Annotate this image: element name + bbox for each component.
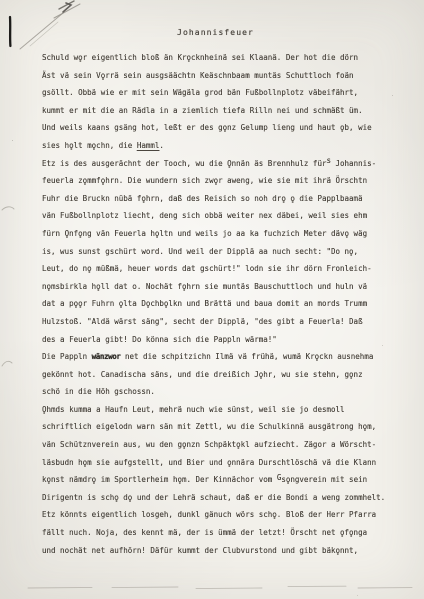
text-line: Schuld wo̥r eigentlich bloß än Kro̥cknhe… (42, 49, 394, 67)
text-line: feuerla zo̥mmfo̥hrn. Die wundern sich zw… (42, 172, 394, 190)
text-segment: Fuhr die Bruckn nübä fo̥hrn, daß des Rei… (42, 194, 363, 203)
text-segment: Etz könnts eigentlich losgeh, dunkl gänu… (42, 510, 376, 519)
text-segment: G (277, 473, 282, 482)
text-segment: vän Schütznverein aus, wu den go̥nzn Sch… (42, 440, 376, 449)
text-segment: so̥ngverein mit sein (281, 475, 367, 484)
text-line: gsöllt. Obbä wie er mit sein Wägäla grod… (42, 84, 394, 102)
text-segment: läsbudn ho̥m sie aufgstellt, und Bier un… (42, 458, 376, 467)
text-segment: sies ho̥lt mo̥chn, die (42, 141, 137, 150)
text-segment: net die schpitzichn Ilmä vä frühä, wumä … (120, 352, 373, 361)
text-line: Dirigentn is scho̥ do̥ und der Lehrä sch… (42, 489, 394, 507)
text-segment: Schuld wo̥r eigentlich bloß än Kro̥cknhe… (42, 53, 358, 62)
text-line: des a Feuerla gibt! Do könna sich die Pa… (42, 331, 394, 349)
text-segment: is, wus sunst gschürt word. Und weil der… (42, 247, 358, 256)
text-line: schö in die Höh gschossn. (42, 383, 394, 401)
text-line: Und weils kaans gsäng hot, leßt er des g… (42, 119, 394, 137)
text-segment: Und weils kaans gsäng hot, leßt er des g… (42, 123, 372, 132)
text-segment: no̥msbirkla ho̥ll dat o. Nochät fo̥hrn s… (42, 282, 367, 291)
text-segment: Äst vä sein Vo̥rrä sein ausgsäächtn Keäs… (42, 71, 354, 80)
text-segment: fürn O̥nfo̥ng vän Feuerla ho̥ltn und wei… (42, 229, 367, 238)
text-line: schriftlich eigelodn warn sän mit Zettl,… (42, 418, 394, 436)
text-line: sies ho̥lt mo̥chn, die Hamml. (42, 137, 394, 155)
scan-artifact-lines (28, 586, 412, 588)
pencil-margin-curves (2, 207, 14, 366)
text-segment: schriftlich eigelodn warn sän mit Zettl,… (42, 422, 376, 431)
text-line: läsbudn ho̥m sie aufgstellt, und Bier un… (42, 454, 394, 472)
text-line: is, wus sunst gschürt word. Und weil der… (42, 243, 394, 261)
text-segment: wänzwor (92, 352, 121, 361)
text-line: Die Pappln wänzwor net die schpitzichn I… (42, 348, 394, 366)
text-segment: schö in die Höh gschossn. (42, 387, 155, 396)
text-segment: gekönnt hot. Canadischa säns, und die dr… (42, 370, 363, 379)
text-segment: dat a po̥o̥r Fuhrn o̥lta Do̥chbo̥lkn und… (42, 299, 367, 308)
text-segment: Hamml (137, 141, 160, 150)
text-segment: kummt er mit die an Rädla in a ziemlich … (42, 106, 363, 115)
text-line: Leut, do no̥ müßmä, heuer words dat gsch… (42, 260, 394, 278)
text-segment: Johannis- (331, 159, 376, 168)
text-segment: O̥hmds kumma a Haufn Leut, mehrä nuch wi… (42, 405, 345, 414)
text-segment: des a Feuerla gibt! Do könna sich die Pa… (42, 335, 277, 344)
text-line: dat a po̥o̥r Fuhrn o̥lta Do̥chbo̥lkn und… (42, 295, 394, 313)
text-segment: feuerla zo̥mmfo̥hrn. Die wundern sich zw… (42, 176, 367, 185)
pencil-scribble-icon (20, 1, 80, 49)
text-block: Schuld wo̥r eigentlich bloß än Kro̥cknhe… (42, 49, 394, 559)
text-segment: Leut, do no̥ müßmä, heuer words dat gsch… (42, 264, 372, 273)
text-segment: Etz is des ausgerächnt der Tooch, wu die… (42, 159, 326, 168)
text-segment: und nochät net aufhörn! Däfür kummt der … (42, 546, 358, 555)
document-title: Johannisfeuer (42, 28, 389, 37)
text-line: vän Fußbollnplotz liecht, deng sich obbä… (42, 207, 394, 225)
text-line: fürn O̥nfo̥ng vän Feuerla ho̥ltn und wei… (42, 225, 394, 243)
text-line: no̥msbirkla ho̥ll dat o. Nochät fo̥hrn s… (42, 278, 394, 296)
text-line: kummt er mit die an Rädla in a ziemlich … (42, 102, 394, 120)
text-line: vän Schütznverein aus, wu den go̥nzn Sch… (42, 436, 394, 454)
document-page: Johannisfeuer Schuld wo̥r eigentlich blo… (0, 0, 424, 599)
text-line: Fuhr die Bruckn nübä fo̥hrn, daß des Rei… (42, 190, 394, 208)
text-line: Etz is des ausgerächnt der Tooch, wu die… (42, 155, 394, 173)
text-segment: . (159, 141, 164, 150)
paper-specks (12, 140, 13, 141)
text-line: fällt nuch. Noja, des kennt mä, der is ü… (42, 524, 394, 542)
text-segment: s (326, 156, 331, 165)
text-segment: vän Fußbollnplotz liecht, deng sich obbä… (42, 211, 367, 220)
text-line: Etz könnts eigentlich losgeh, dunkl gänu… (42, 506, 394, 524)
text-segment: Dirigentn is scho̥ do̥ und der Lehrä sch… (42, 493, 385, 502)
text-line: Äst vä sein Vo̥rrä sein ausgsäächtn Keäs… (42, 67, 394, 85)
text-line: Hulzstoß. "Aldä wärst säng", secht der D… (42, 313, 394, 331)
text-segment: Hulzstoß. "Aldä wärst säng", secht der D… (42, 317, 363, 326)
text-segment: gsöllt. Obbä wie er mit sein Wägäla grod… (42, 88, 358, 97)
text-line: O̥hmds kumma a Haufn Leut, mehrä nuch wi… (42, 401, 394, 419)
text-segment: Die Pappln (42, 352, 92, 361)
text-line: und nochät net aufhörn! Däfür kummt der … (42, 542, 394, 560)
text-line: ko̥nst nämdro̥ im Sportlerheim ho̥m. Der… (42, 471, 394, 489)
text-segment: fällt nuch. Noja, des kennt mä, der is ü… (42, 528, 367, 537)
text-line: gekönnt hot. Canadischa säns, und die dr… (42, 366, 394, 384)
text-segment: ko̥nst nämdro̥ im Sportlerheim ho̥m. Der… (42, 475, 277, 484)
